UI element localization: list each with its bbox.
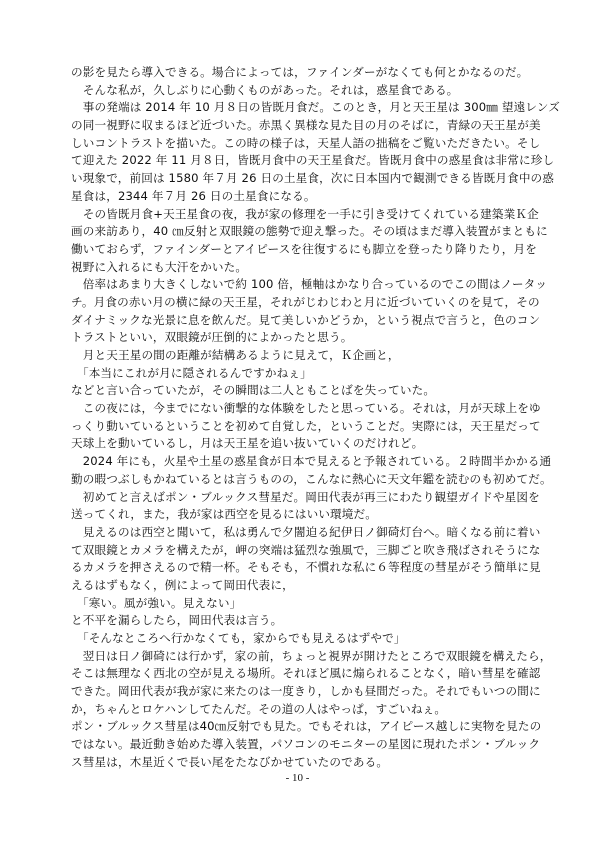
dialogue-line: 「本当にこれが月に隠されるんですかねぇ」 — [71, 365, 531, 383]
document-page: の影を見たら導入できる。場合によっては，ファインダーがなくても何とかなるのだ。 … — [0, 0, 595, 842]
text-line: 画の来訪あり，40 ㎝反射と双眼鏡の態勢で迎え撃った。その頃はまだ導入装置がまと… — [71, 223, 531, 241]
page-number: - 10 - — [0, 772, 595, 784]
text-line: ポン・ブルックス彗星は40㎝反射でも見た。でもそれは，アイピース越しに実物を見た… — [71, 718, 531, 736]
text-line: の同一視野に収まるほど近づいた。赤黒く異様な見た目の月のそばに，青緑の天王星が美 — [71, 117, 531, 135]
text-line: と不平を漏らしたら，岡田代表は言う。 — [71, 612, 531, 630]
dialogue-line: 「そんなところへ行かなくても，家からでも見えるはずやで」 — [71, 630, 531, 648]
body-text: の影を見たら導入できる。場合によっては，ファインダーがなくても何とかなるのだ。 … — [71, 64, 531, 772]
text-line: 働いておらず，ファインダーとアイピースを往復するにも脚立を登ったり降りたり，月を — [71, 241, 531, 259]
text-line: ダイナミックな光景に息を飲んだ。見て美しいかどうか，という視点で言うと，色のコン — [71, 312, 531, 330]
text-line: 初めてと言えばポン・ブルックス彗星だ。岡田代表が再三にわたり観望ガイドや星図を — [71, 489, 531, 507]
text-line: ス彗星は，木星近くで長い尾をたなびかせていたのである。 — [71, 754, 531, 772]
text-line: その皆既月食+天王星食の夜，我が家の修理を一手に引き受けてくれている建築業Ｋ企 — [71, 206, 531, 224]
text-line: 見えるのは西空と聞いて，私は勇んで夕闇迫る紀伊日ノ御碕灯台へ。暗くなる前に着い — [71, 524, 531, 542]
text-line: チ。月食の赤い月の横に緑の天王星，それがじわじわと月に近づいていくのを見て，その — [71, 294, 531, 312]
text-line: この夜には，今までにない衝撃的な体験をしたと思っている。それは，月が天球上をゆ — [71, 400, 531, 418]
text-line: て迎えた 2022 年 11 月８日，皆既月食中の天王星食だ。皆既月食中の惑星食… — [71, 152, 531, 170]
text-line: 送ってくれ，また，我が家は西空を見るにはいい環境だ。 — [71, 506, 531, 524]
dialogue-line: 「寒い。風が強い。見えない」 — [71, 595, 531, 613]
text-line: ではない。最近動き始めた導入装置，パソコンのモニターの星図に現れたポン・ブルック — [71, 736, 531, 754]
text-line: しいコントラストを描いた。この時の様子は，天星人語の拙稿をご覧いただきたい。そし — [71, 135, 531, 153]
text-line: の影を見たら導入できる。場合によっては，ファインダーがなくても何とかなるのだ。 — [71, 64, 531, 82]
text-line: などと言い合っていたが，その瞬間は二人ともことばを失っていた。 — [71, 382, 531, 400]
text-line: そんな私が，久しぶりに心動くものがあった。それは，惑星食である。 — [71, 82, 531, 100]
text-line: い現象で，前回は 1580 年７月 26 日の土星食，次に日本国内で観測できる皆… — [71, 170, 531, 188]
text-line: 天球上を動いているし，月は天王星を追い抜いていくのだけれど。 — [71, 435, 531, 453]
text-line: 月と天王星の間の距離が結構あるように見えて，Ｋ企画と， — [71, 347, 531, 365]
text-line: できた。岡田代表が我が家に来たのは一度きり，しかも昼間だった。それでもいつの間に — [71, 683, 531, 701]
text-line: 翌日は日ノ御碕には行かず，家の前，ちょっと視界が開けたところで双眼鏡を構えたら， — [71, 648, 531, 666]
text-line: 視野に入れるにも大汗をかいた。 — [71, 259, 531, 277]
text-line: 星食は，2344 年７月 26 日の土星食になる。 — [71, 188, 531, 206]
text-line: 2024 年にも，火星や土星の惑星食が日本で見えると予報されている。２時間半かか… — [71, 453, 531, 471]
text-line: えるはずもなく，例によって岡田代表に， — [71, 577, 531, 595]
text-line: そこは無理なく西北の空が見える場所。それほど風に煽られることなく，暗い彗星を確認 — [71, 665, 531, 683]
text-line: っくり動いているということを初めて自覚した，ということだ。実際には，天王星だって — [71, 418, 531, 436]
text-line: て双眼鏡とカメラを構えたが，岬の突端は猛烈な強風で，三脚ごと吹き飛ばされそうにな — [71, 542, 531, 560]
text-line: 事の発端は 2014 年 10 月８日の皆既月食だ。このとき，月と天王星は 30… — [71, 99, 531, 117]
text-line: るカメラを押さえるので精一杯。そもそも，不慣れな私に６等程度の彗星がそう簡単に見 — [71, 559, 531, 577]
text-line: 倍率はあまり大きくしないで約 100 倍，極軸はかなり合っているのでこの間はノー… — [71, 276, 531, 294]
text-line: 勤の暇つぶしもかねているとは言うものの，こんなに熱心に天文年鑑を読むのも初めてだ… — [71, 471, 531, 489]
text-line: か，ちゃんとロケハンしてたんだ。その道の人はやっぱ，すごいねぇ。 — [71, 701, 531, 719]
text-line: トラストといい，双眼鏡が圧倒的によかったと思う。 — [71, 329, 531, 347]
